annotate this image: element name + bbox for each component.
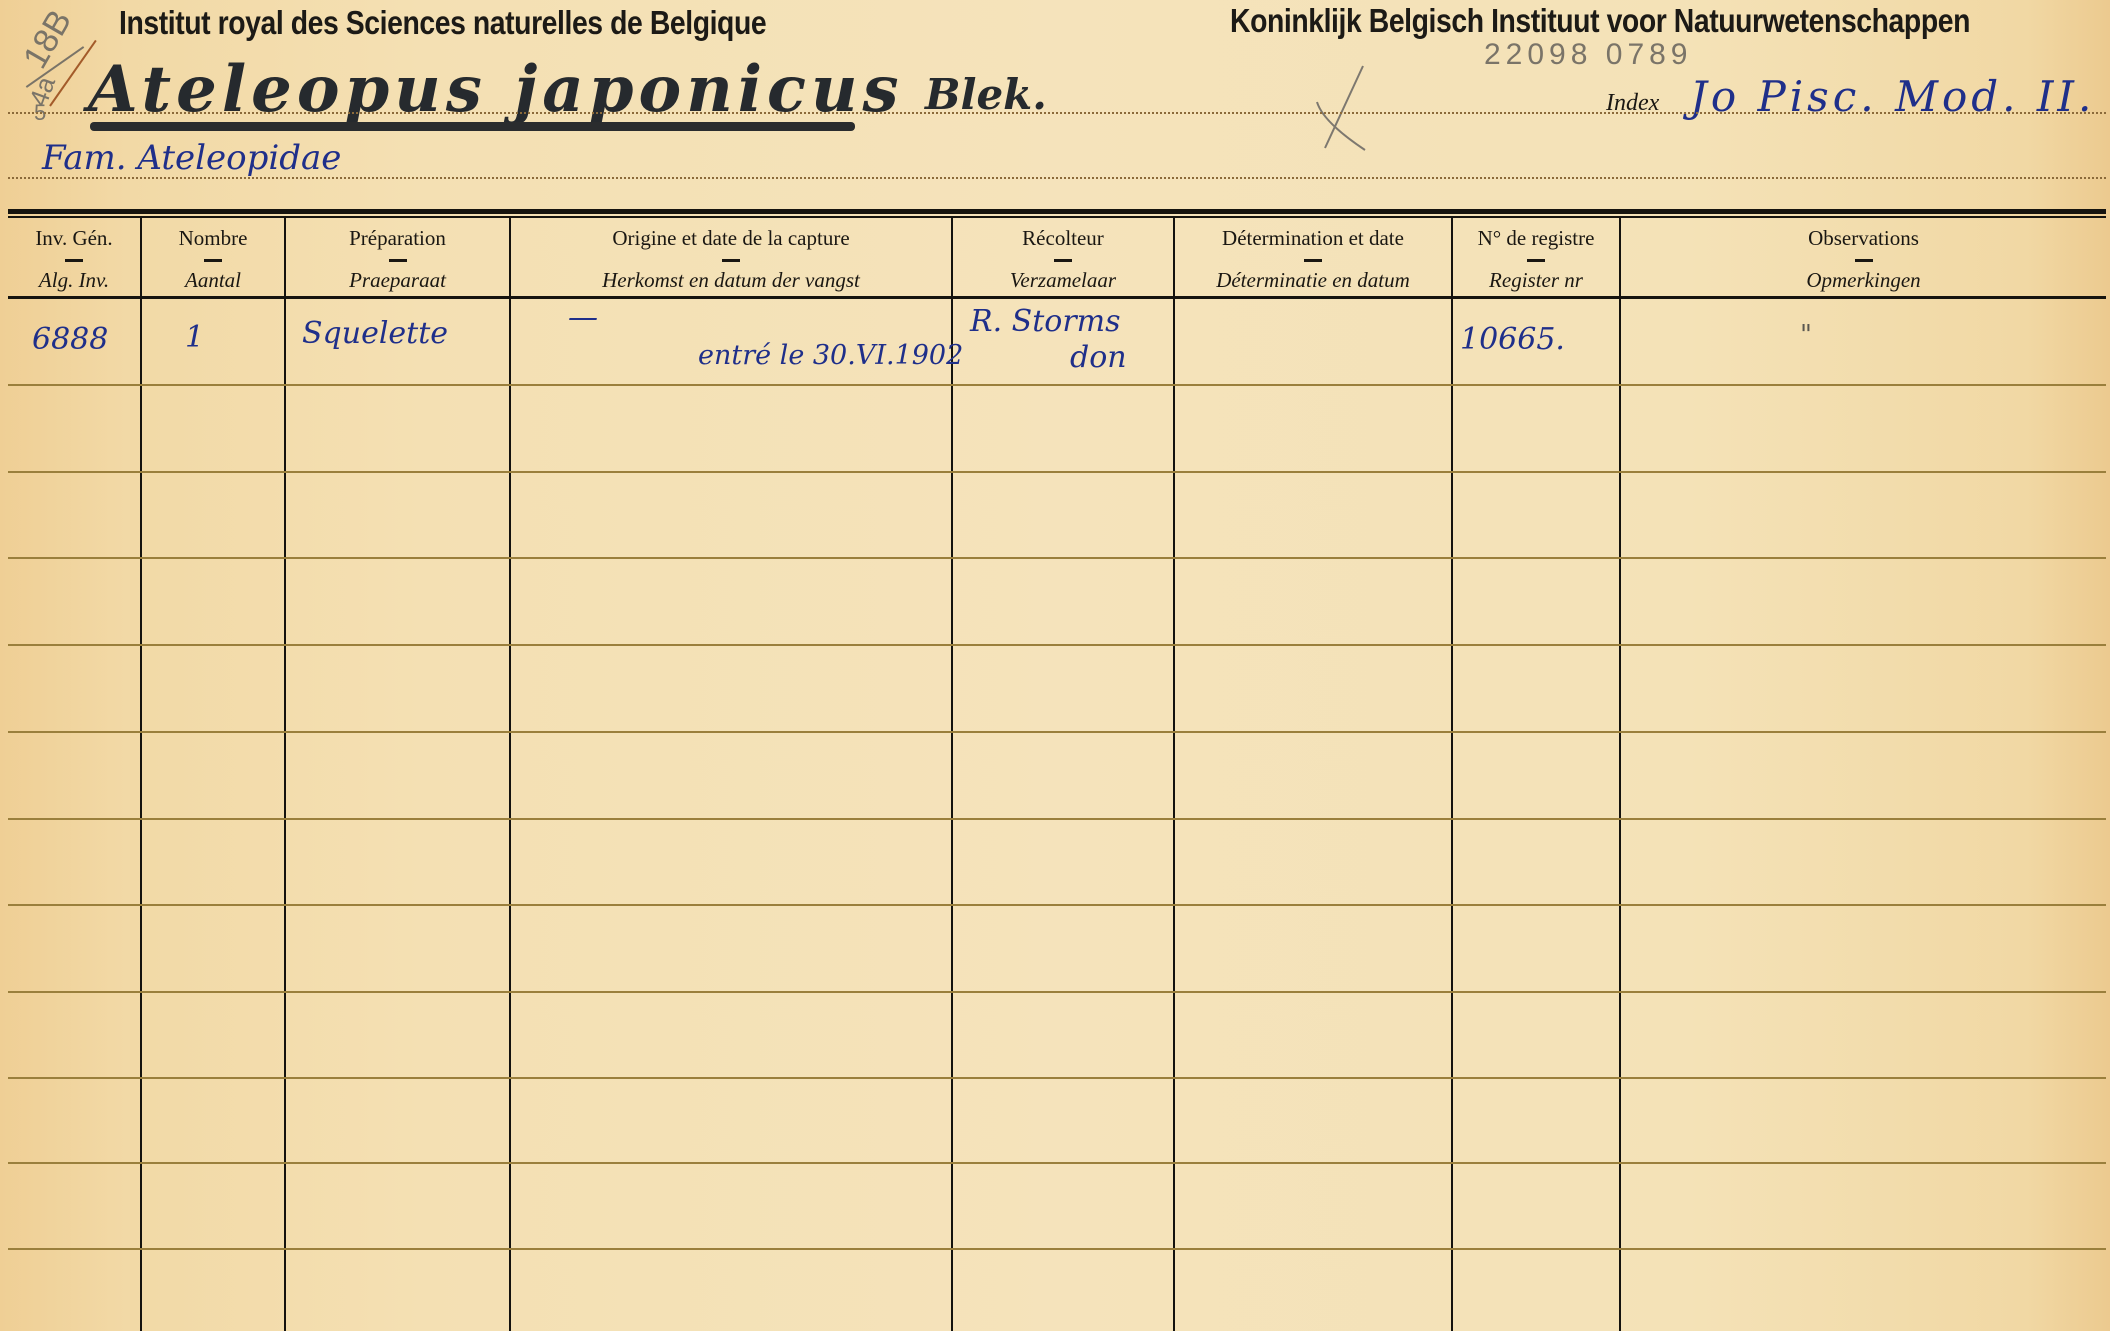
col-header-determination: Détermination et dateDéterminatie en dat… bbox=[1175, 216, 1451, 302]
cell-nombre: 1 bbox=[185, 320, 204, 355]
row-line bbox=[8, 818, 2106, 820]
table-header: Inv. Gén.Alg. Inv. NombreAantal Préparat… bbox=[0, 216, 2110, 298]
table-top-rule bbox=[8, 209, 2106, 214]
row-line bbox=[8, 557, 2106, 559]
cell-inv: 6888 bbox=[32, 322, 108, 357]
title-dotted-line bbox=[8, 112, 2106, 114]
col-header-origine: Origine et date de la captureHerkomst en… bbox=[511, 216, 951, 302]
col-header-preparation: PréparationPraeparaat bbox=[286, 216, 509, 302]
institute-name-fr: Institut royal des Sciences naturelles d… bbox=[119, 4, 766, 42]
col-header-recolteur: RécolteurVerzamelaar bbox=[953, 216, 1173, 302]
institute-name-nl: Koninklijk Belgisch Instituut voor Natuu… bbox=[1230, 2, 1970, 40]
margin-note-top: 18B bbox=[16, 4, 80, 76]
cross-mark-icon bbox=[1305, 62, 1385, 152]
row-line bbox=[8, 471, 2106, 473]
cell-recolteur-line1: R. Storms bbox=[970, 304, 1121, 339]
catalog-number: 22098 0789 bbox=[1484, 38, 1693, 72]
row-line bbox=[8, 644, 2106, 646]
col-header-observations: ObservationsOpmerkingen bbox=[1621, 216, 2106, 302]
row-line bbox=[8, 384, 2106, 386]
cell-origine-dash: — bbox=[568, 300, 598, 335]
row-line bbox=[8, 991, 2106, 993]
cell-recolteur-line2: don bbox=[1070, 340, 1127, 375]
cell-preparation: Squelette bbox=[302, 316, 448, 351]
row-line bbox=[8, 1077, 2106, 1079]
row-line bbox=[8, 1248, 2106, 1250]
col-header-nombre: NombreAantal bbox=[142, 216, 284, 302]
table-row: 6888 1 Squelette — entré le 30.VI.1902 R… bbox=[0, 298, 2110, 384]
cell-origine: entré le 30.VI.1902 bbox=[698, 340, 963, 371]
col-header-inv: Inv. Gén.Alg. Inv. bbox=[8, 216, 140, 302]
species-name: Ateleopus japonicus bbox=[88, 52, 904, 127]
cell-registre: 10665. bbox=[1460, 322, 1565, 357]
family-line: Fam. Ateleopidae bbox=[42, 138, 341, 178]
col-header-registre: N° de registreRegister nr bbox=[1453, 216, 1619, 302]
row-line bbox=[8, 1162, 2106, 1164]
row-line bbox=[8, 731, 2106, 733]
row-line bbox=[8, 904, 2106, 906]
species-underline bbox=[90, 122, 855, 131]
cell-observations: " bbox=[1800, 320, 1812, 350]
margin-note: 18B 4a 5 bbox=[6, 6, 66, 126]
